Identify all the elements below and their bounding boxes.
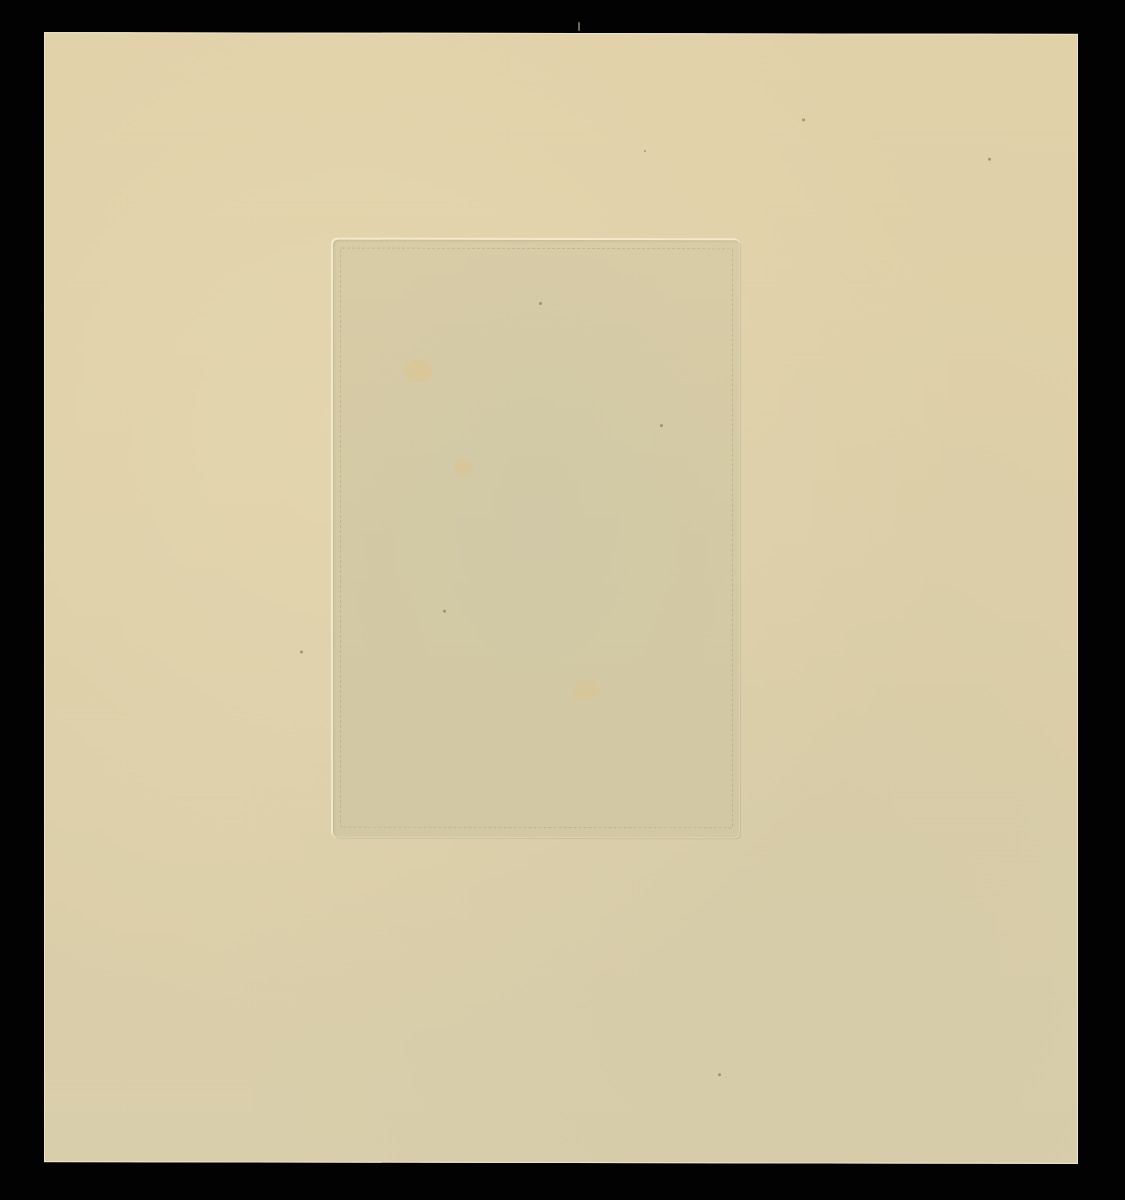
embossed-plate-impression: [333, 240, 740, 839]
foxing-spot: [453, 460, 473, 476]
paper-fleck: [660, 424, 663, 427]
paper-fleck: [644, 150, 646, 152]
paper-fleck: [539, 302, 542, 305]
paper-fleck: [718, 1073, 721, 1076]
paper-fleck: [300, 651, 303, 654]
paper-fleck: [802, 118, 805, 121]
dust-speck: [578, 22, 580, 31]
foxing-spot: [573, 680, 599, 700]
paper-fleck: [443, 610, 446, 613]
plate-inner-border: [340, 248, 733, 829]
paper-fleck: [988, 158, 991, 161]
foxing-spot: [403, 360, 433, 382]
proof-paper-sheet: [44, 32, 1078, 1164]
